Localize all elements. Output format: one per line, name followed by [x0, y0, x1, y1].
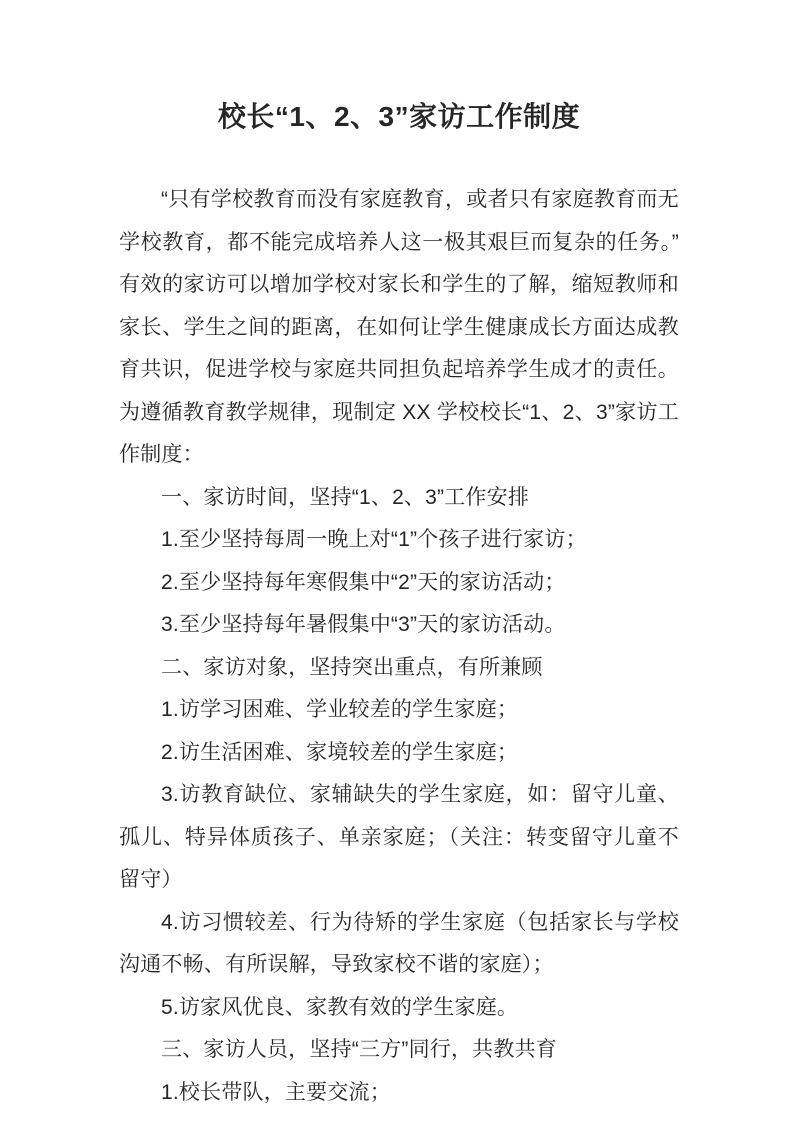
document-page: 校长“1、2、3”家访工作制度 “只有学校教育而没有家庭教育，或者只有家庭教育而… — [0, 0, 793, 1122]
section-3-heading: 三、家访人员，坚持“三方”同行，共教共育 — [119, 1029, 679, 1072]
section-2-item-5: 5.访家风优良、家教有效的学生家庭。 — [119, 987, 679, 1030]
section-2-item-1: 1.访学习困难、学业较差的学生家庭； — [119, 689, 679, 732]
section-1-item-1: 1.至少坚持每周一晚上对“1”个孩子进行家访； — [119, 519, 679, 562]
document-title: 校长“1、2、3”家访工作制度 — [119, 99, 679, 135]
document-body: “只有学校教育而没有家庭教育，或者只有家庭教育而无学校教育，都不能完成培养人这一… — [119, 179, 679, 1114]
section-2-heading: 二、家访对象，坚持突出重点，有所兼顾 — [119, 647, 679, 690]
section-1-heading: 一、家访时间，坚持“1、2、3”工作安排 — [119, 477, 679, 520]
section-1-item-2: 2.至少坚持每年寒假集中“2”天的家访活动； — [119, 562, 679, 605]
intro-paragraph: “只有学校教育而没有家庭教育，或者只有家庭教育而无学校教育，都不能完成培养人这一… — [119, 179, 679, 477]
section-2-item-4: 4.访习惯较差、行为待矫的学生家庭（包括家长与学校沟通不畅、有所误解，导致家校不… — [119, 902, 679, 987]
section-1-item-3: 3.至少坚持每年暑假集中“3”天的家访活动。 — [119, 604, 679, 647]
section-2-item-3: 3.访教育缺位、家辅缺失的学生家庭，如：留守儿童、孤儿、特异体质孩子、单亲家庭；… — [119, 774, 679, 902]
section-3-item-1: 1.校长带队，主要交流； — [119, 1072, 679, 1115]
section-2-item-2: 2.访生活困难、家境较差的学生家庭； — [119, 732, 679, 775]
